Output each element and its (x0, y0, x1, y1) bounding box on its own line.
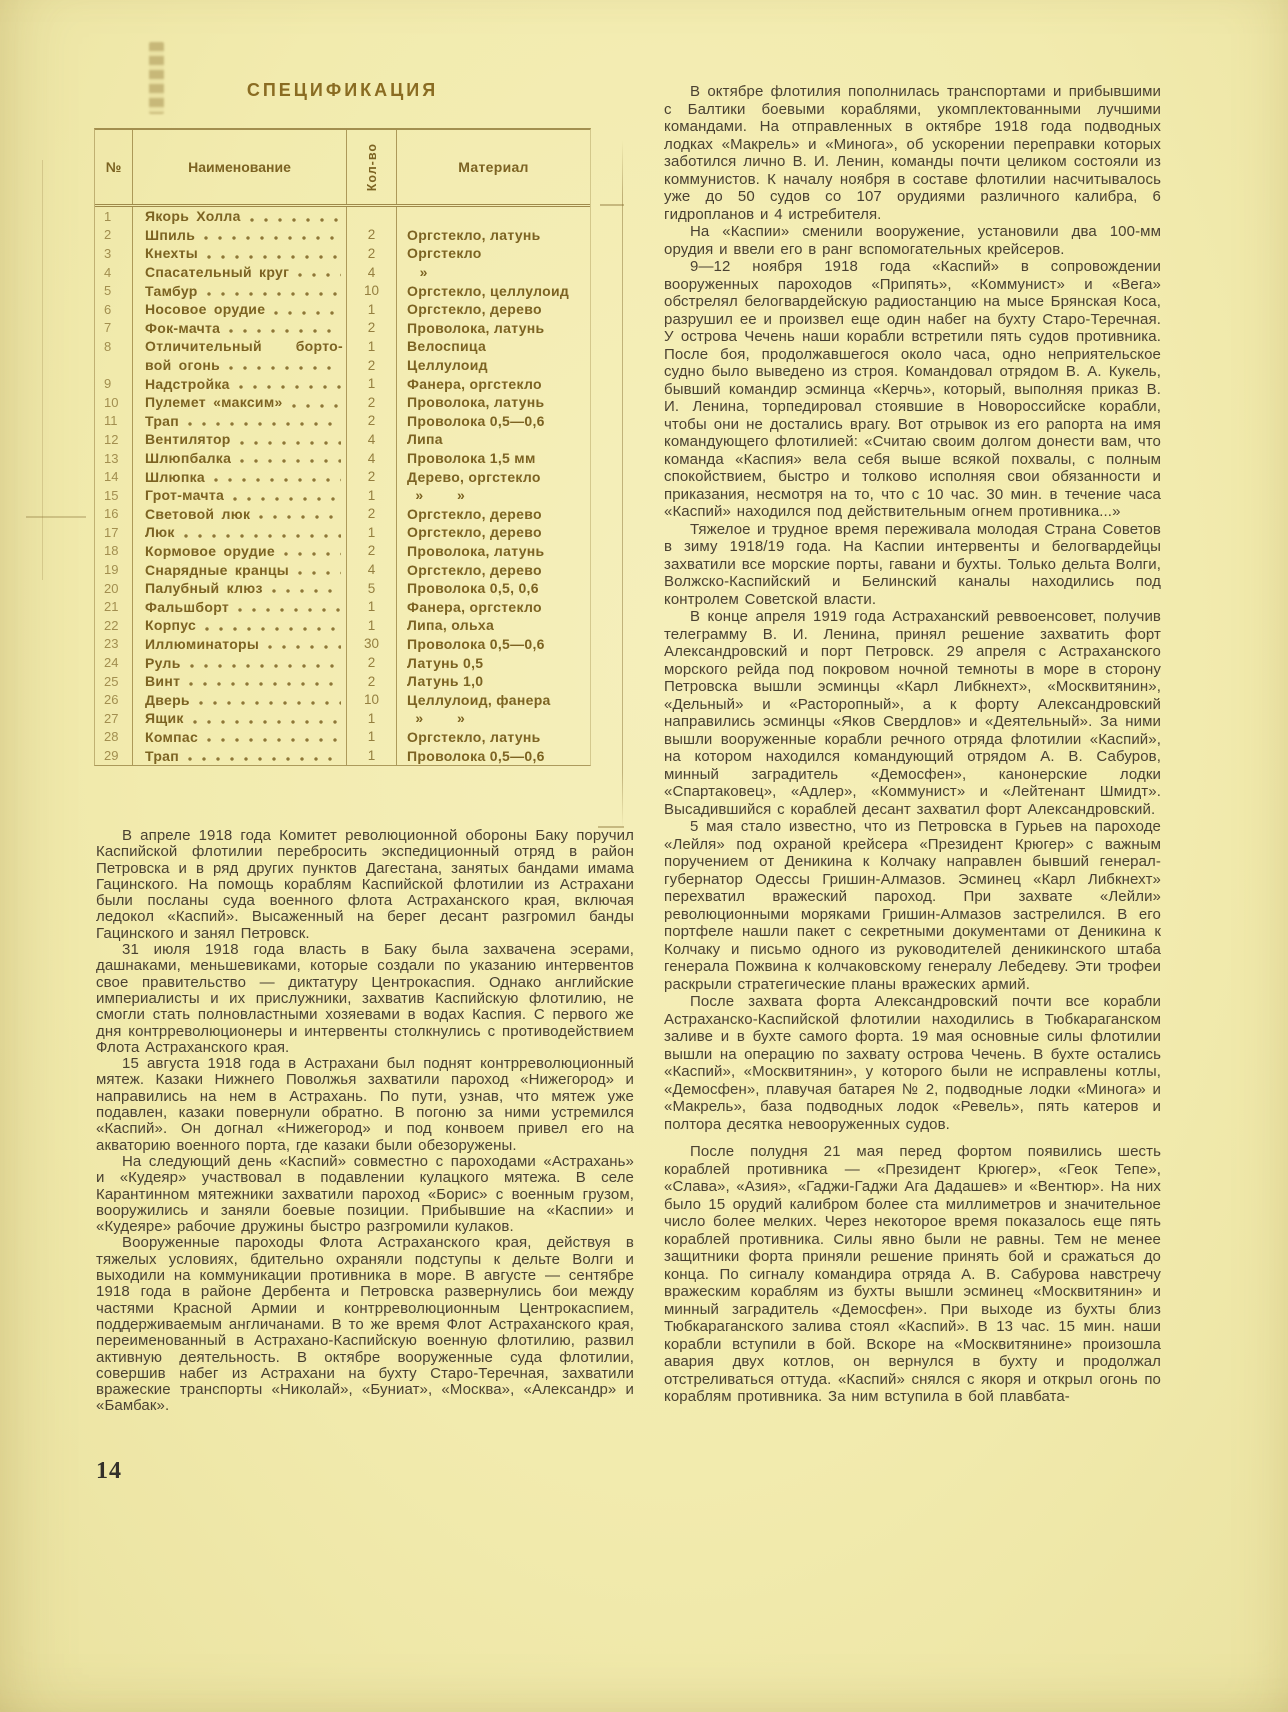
item-name: Руль (145, 655, 181, 671)
dot-leader (205, 623, 341, 631)
row-quantity: 2 (347, 412, 397, 431)
row-material: Латунь 1,0 (397, 673, 590, 689)
row-quantity: 4 (347, 430, 397, 449)
item-name: Спасательный круг (145, 264, 289, 280)
row-name-cell: Винт (133, 672, 347, 691)
row-quantity: 1 (347, 746, 397, 765)
row-quantity: 10 (347, 690, 397, 709)
item-name: Надстройка (145, 376, 230, 392)
row-number: 5 (95, 281, 133, 300)
dot-leader (204, 232, 341, 240)
table-row: 23 Иллюминаторы 30 Проволока 0,5—0,6 (95, 635, 590, 654)
row-number: 13 (95, 449, 133, 468)
scan-tick-mark (600, 204, 624, 206)
row-name-cell: Дверь (133, 690, 347, 709)
page-number: 14 (96, 1458, 122, 1485)
dot-leader (229, 362, 341, 370)
row-material: » » (397, 487, 590, 503)
row-material: Проволока, латунь (397, 320, 590, 336)
row-material: Фанера, оргстекло (397, 599, 590, 615)
row-number: 19 (95, 560, 133, 579)
item-name: Люк (145, 524, 175, 540)
spec-table-title: СПЕЦИФИКАЦИЯ (94, 80, 591, 101)
table-row: 20 Палубный клюз 5 Проволока 0,5, 0,6 (95, 579, 590, 598)
table-header: № Наименование Кол-во Материал (95, 130, 590, 207)
dot-leader (207, 251, 341, 259)
paragraph: На «Каспии» сменили вооружение, установи… (664, 223, 1161, 258)
item-name: Якорь Холла (145, 208, 241, 224)
row-quantity: 1 (347, 728, 397, 747)
row-material: Оргстекло, целлулоид (397, 283, 590, 299)
row-quantity (347, 207, 397, 226)
dot-leader (298, 269, 341, 277)
row-name-cell: Компас (133, 728, 347, 747)
row-name-cell: Кормовое орудие (133, 542, 347, 561)
item-name: Дверь (145, 692, 190, 708)
row-material: Проволока, латунь (397, 543, 590, 559)
row-name-cell: Фок-мачта (133, 319, 347, 338)
table-row: 22 Корпус 1 Липа, ольха (95, 616, 590, 635)
row-material: Целлулоид (397, 357, 590, 373)
paragraph: 9—12 ноября 1918 года «Каспий» в сопрово… (664, 258, 1161, 521)
table-row: вой огонь 2 Целлулоид (95, 356, 590, 375)
dot-leader (239, 381, 341, 389)
item-name: Отличительный борто- (145, 338, 346, 354)
row-quantity: 1 (347, 486, 397, 505)
header-material: Материал (397, 130, 590, 204)
row-name-cell: Отличительный борто- (133, 337, 347, 356)
row-material: » (397, 264, 590, 280)
header-name: Наименование (133, 130, 347, 204)
table-row: 28 Компас 1 Оргстекло, латунь (95, 728, 590, 747)
item-name: Снарядные кранцы (145, 562, 289, 578)
row-quantity: 5 (347, 579, 397, 598)
paragraph: В октябре флотилия пополнилась транспорт… (664, 83, 1161, 223)
row-material: Латунь 0,5 (397, 655, 590, 671)
item-name: Трап (145, 748, 179, 764)
table-row: 18 Кормовое орудие 2 Проволока, латунь (95, 542, 590, 561)
row-quantity: 2 (347, 672, 397, 691)
row-material: Целлулоид, фанера (397, 692, 590, 708)
dot-leader (250, 214, 341, 222)
row-material: » » (397, 710, 590, 726)
paragraph: В апреле 1918 года Комитет революционной… (96, 828, 634, 942)
paragraph: После полудня 21 мая перед фортом появил… (664, 1143, 1161, 1406)
row-quantity: 1 (347, 709, 397, 728)
row-quantity: 2 (347, 542, 397, 561)
row-quantity: 1 (347, 523, 397, 542)
magazine-page: СПЕЦИФИКАЦИЯ № Наименование Кол-во Матер… (0, 0, 1288, 1712)
table-row: 7 Фок-мачта 2 Проволока, латунь (95, 319, 590, 338)
dot-leader (268, 641, 341, 649)
row-number: 10 (95, 393, 133, 412)
table-row: 25 Винт 2 Латунь 1,0 (95, 672, 590, 691)
dot-leader (229, 325, 341, 333)
dot-leader (189, 678, 341, 686)
row-number: 4 (95, 263, 133, 282)
item-name: Палубный клюз (145, 580, 263, 596)
row-name-cell: Снарядные кранцы (133, 560, 347, 579)
row-material: Велоспица (397, 338, 590, 354)
item-name: Шпиль (145, 227, 195, 243)
item-name: Компас (145, 729, 198, 745)
row-number: 25 (95, 672, 133, 691)
row-number: 28 (95, 728, 133, 747)
row-name-cell: вой огонь (133, 356, 347, 375)
row-number (95, 356, 133, 375)
row-material: Оргстекло, дерево (397, 524, 590, 540)
dot-leader (259, 511, 341, 519)
scan-edge-line (42, 160, 43, 580)
row-number: 2 (95, 226, 133, 245)
table-row: 15 Грот-мачта 1 » » (95, 486, 590, 505)
item-name: Корпус (145, 617, 196, 633)
dot-leader (207, 734, 341, 742)
row-quantity: 2 (347, 653, 397, 672)
row-number: 14 (95, 467, 133, 486)
row-number: 23 (95, 635, 133, 654)
table-row: 6 Носовое орудие 1 Оргстекло, дерево (95, 300, 590, 319)
dot-leader (298, 567, 341, 575)
row-name-cell: Спасательный круг (133, 263, 347, 282)
item-name: Кормовое орудие (145, 543, 275, 559)
table-row: 24 Руль 2 Латунь 0,5 (95, 653, 590, 672)
table-row: 5 Тамбур 10 Оргстекло, целлулоид (95, 281, 590, 300)
row-name-cell: Кнехты (133, 244, 347, 263)
row-material: Проволока 0,5, 0,6 (397, 580, 590, 596)
row-number: 26 (95, 690, 133, 709)
table-row: 10 Пулемет «максим» 2 Проволока, латунь (95, 393, 590, 412)
item-name: Световой люк (145, 506, 250, 522)
row-quantity: 10 (347, 281, 397, 300)
item-name: Носовое орудие (145, 301, 265, 317)
row-name-cell: Палубный клюз (133, 579, 347, 598)
row-number: 3 (95, 244, 133, 263)
row-number: 11 (95, 412, 133, 431)
row-material: Дерево, оргстекло (397, 469, 590, 485)
row-name-cell: Вентилятор (133, 430, 347, 449)
dot-leader (188, 753, 341, 761)
table-row: 27 Ящик 1 » » (95, 709, 590, 728)
table-row: 13 Шлюпбалка 4 Проволока 1,5 мм (95, 449, 590, 468)
row-quantity: 4 (347, 560, 397, 579)
dot-leader (274, 307, 341, 315)
dot-leader (190, 660, 341, 668)
row-quantity: 2 (347, 393, 397, 412)
row-name-cell: Пулемет «максим» (133, 393, 347, 412)
scan-tick-mark (26, 516, 86, 518)
row-number: 20 (95, 579, 133, 598)
item-name: Вентилятор (145, 431, 231, 447)
table-row: 3 Кнехты 2 Оргстекло (95, 244, 590, 263)
item-name: Грот-мачта (145, 487, 224, 503)
table-row: 11 Трап 2 Проволока 0,5—0,6 (95, 412, 590, 431)
dot-leader (240, 455, 341, 463)
table-body: 1 Якорь Холла 2 Шпиль 2 Оргст (95, 207, 590, 765)
dot-leader (188, 418, 341, 426)
paragraph: 15 августа 1918 года в Астрахани был под… (96, 1056, 634, 1154)
row-name-cell: Шлюпка (133, 467, 347, 486)
row-name-cell: Руль (133, 653, 347, 672)
row-name-cell: Корпус (133, 616, 347, 635)
row-material: Оргстекло, дерево (397, 562, 590, 578)
row-name-cell: Надстройка (133, 374, 347, 393)
row-material: Проволока 0,5—0,6 (397, 636, 590, 652)
dot-leader (233, 493, 341, 501)
row-number: 7 (95, 319, 133, 338)
table-row: 2 Шпиль 2 Оргстекло, латунь (95, 226, 590, 245)
dot-leader (199, 697, 341, 705)
article-column-right: В октябре флотилия пополнилась транспорт… (664, 83, 1161, 1406)
row-material: Оргстекло, латунь (397, 729, 590, 745)
row-name-cell: Трап (133, 412, 347, 431)
row-number: 1 (95, 207, 133, 226)
table-row: 16 Световой люк 2 Оргстекло, дерево (95, 505, 590, 524)
row-name-cell: Носовое орудие (133, 300, 347, 319)
row-material: Липа, ольха (397, 617, 590, 633)
row-material: Фанера, оргстекло (397, 376, 590, 392)
dot-leader (272, 585, 341, 593)
dot-leader (240, 437, 341, 445)
row-name-cell: Световой люк (133, 505, 347, 524)
row-quantity: 4 (347, 263, 397, 282)
row-name-cell: Шпиль (133, 226, 347, 245)
row-quantity: 2 (347, 467, 397, 486)
row-number: 27 (95, 709, 133, 728)
row-quantity: 1 (347, 374, 397, 393)
dot-leader (184, 530, 341, 538)
row-name-cell: Якорь Холла (133, 207, 347, 226)
row-name-cell: Шлюпбалка (133, 449, 347, 468)
row-number: 17 (95, 523, 133, 542)
article-column-left: В апреле 1918 года Комитет революционной… (96, 828, 634, 1415)
row-quantity: 2 (347, 226, 397, 245)
paragraph: 31 июля 1918 года власть в Баку была зах… (96, 942, 634, 1056)
row-material: Оргстекло, латунь (397, 227, 590, 243)
header-qty: Кол-во (347, 130, 397, 204)
paragraph: 5 мая стало известно, что из Петровска в… (664, 818, 1161, 993)
dot-leader (207, 288, 341, 296)
row-number: 12 (95, 430, 133, 449)
print-artifact-marks (149, 42, 164, 114)
item-name: Шлюпбалка (145, 450, 231, 466)
spec-table: № Наименование Кол-во Материал 1 Якорь Х… (94, 128, 591, 766)
row-quantity: 30 (347, 635, 397, 654)
table-row: 8 Отличительный борто- 1 Велоспица (95, 337, 590, 356)
row-name-cell: Фальшборт (133, 597, 347, 616)
item-name: вой огонь (145, 357, 220, 373)
dot-leader (292, 400, 341, 408)
row-name-cell: Тамбур (133, 281, 347, 300)
scan-crease-line (622, 140, 623, 828)
paragraph: На следующий день «Каспий» совместно с п… (96, 1154, 634, 1235)
table-row: 19 Снарядные кранцы 4 Оргстекло, дерево (95, 560, 590, 579)
row-number: 21 (95, 597, 133, 616)
row-material: Оргстекло, дерево (397, 506, 590, 522)
row-quantity: 2 (347, 505, 397, 524)
row-quantity: 4 (347, 449, 397, 468)
table-row: 12 Вентилятор 4 Липа (95, 430, 590, 449)
row-number: 24 (95, 653, 133, 672)
paragraph: В конце апреля 1919 года Астраханский ре… (664, 608, 1161, 818)
table-row: 14 Шлюпка 2 Дерево, оргстекло (95, 467, 590, 486)
table-row: 4 Спасательный круг 4 » (95, 263, 590, 282)
row-number: 22 (95, 616, 133, 635)
row-material: Проволока 1,5 мм (397, 450, 590, 466)
row-material: Оргстекло, дерево (397, 301, 590, 317)
row-name-cell: Трап (133, 746, 347, 765)
table-row: 21 Фальшборт 1 Фанера, оргстекло (95, 597, 590, 616)
item-name: Фальшборт (145, 599, 229, 615)
row-number: 15 (95, 486, 133, 505)
row-material: Оргстекло (397, 245, 590, 261)
item-name: Кнехты (145, 245, 198, 261)
table-row: 1 Якорь Холла (95, 207, 590, 226)
item-name: Ящик (145, 710, 184, 726)
item-name: Пулемет «максим» (145, 394, 283, 410)
table-row: 9 Надстройка 1 Фанера, оргстекло (95, 374, 590, 393)
row-name-cell: Ящик (133, 709, 347, 728)
table-row: 26 Дверь 10 Целлулоид, фанера (95, 690, 590, 709)
row-material: Проволока 0,5—0,6 (397, 748, 590, 764)
row-number: 6 (95, 300, 133, 319)
paragraph: Вооруженные пароходы Флота Астраханского… (96, 1235, 634, 1414)
header-number: № (95, 130, 133, 204)
row-material: Проволока, латунь (397, 394, 590, 410)
row-quantity: 2 (347, 356, 397, 375)
row-material: Проволока 0,5—0,6 (397, 413, 590, 429)
row-name-cell: Иллюминаторы (133, 635, 347, 654)
row-name-cell: Грот-мачта (133, 486, 347, 505)
paragraph: После захвата форта Александровский почт… (664, 993, 1161, 1133)
item-name: Шлюпка (145, 469, 205, 485)
row-quantity: 1 (347, 616, 397, 635)
row-number: 18 (95, 542, 133, 561)
item-name: Иллюминаторы (145, 636, 259, 652)
row-quantity: 1 (347, 300, 397, 319)
item-name: Трап (145, 413, 179, 429)
row-number: 16 (95, 505, 133, 524)
table-row: 17 Люк 1 Оргстекло, дерево (95, 523, 590, 542)
row-quantity: 1 (347, 597, 397, 616)
dot-leader (214, 474, 341, 482)
row-number: 8 (95, 337, 133, 356)
item-name: Фок-мачта (145, 320, 220, 336)
row-quantity: 2 (347, 244, 397, 263)
dot-leader (193, 716, 341, 724)
row-quantity: 2 (347, 319, 397, 338)
paragraph: Тяжелое и трудное время переживала молод… (664, 521, 1161, 609)
item-name: Тамбур (145, 283, 198, 299)
header-qty-vertical-label: Кол-во (365, 143, 379, 191)
row-number: 29 (95, 746, 133, 765)
row-quantity: 1 (347, 337, 397, 356)
row-number: 9 (95, 374, 133, 393)
dot-leader (284, 548, 341, 556)
row-material: Липа (397, 431, 590, 447)
item-name: Винт (145, 673, 180, 689)
row-name-cell: Люк (133, 523, 347, 542)
dot-leader (238, 604, 341, 612)
table-row: 29 Трап 1 Проволока 0,5—0,6 (95, 746, 590, 765)
